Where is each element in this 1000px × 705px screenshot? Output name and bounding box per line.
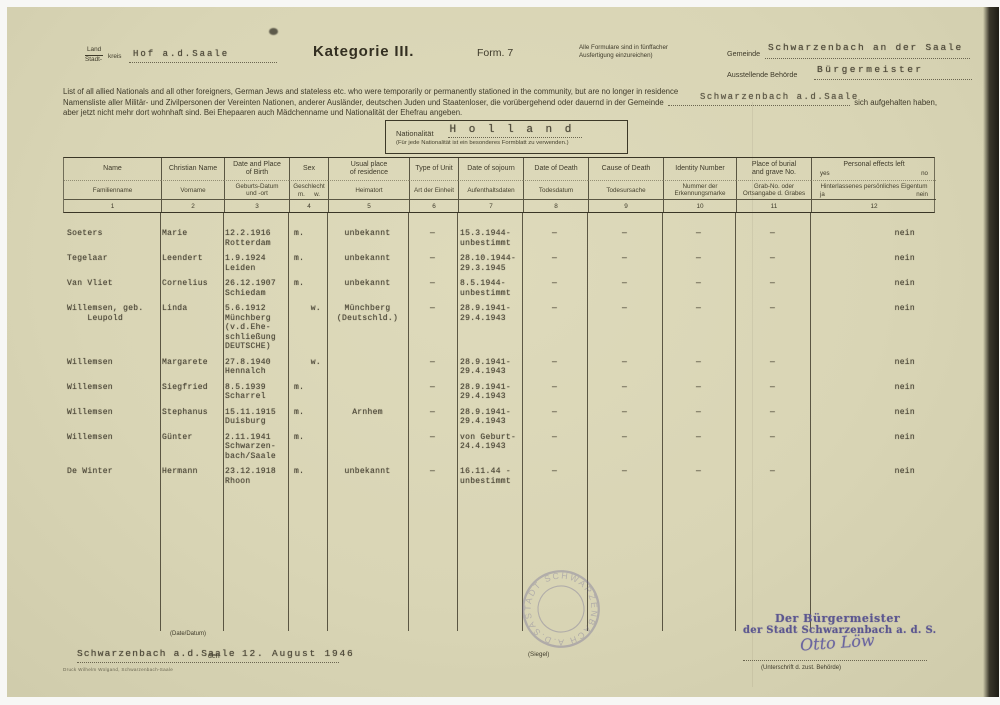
column-header-3-num: 3	[224, 199, 289, 212]
cell: —	[735, 358, 810, 377]
cell: —	[735, 383, 810, 402]
cell: m.	[288, 254, 327, 273]
cell: —	[587, 358, 662, 377]
nationality-value: H o l l a n d	[448, 124, 583, 138]
cell: —	[587, 229, 662, 248]
table-row: De WinterHermann23.12.1918 Rhoonm.unbeka…	[63, 467, 935, 486]
gemeinde-typed-inline: Schwarzenbach a.d.Saale	[700, 92, 859, 102]
cell: m.	[288, 408, 327, 427]
cell: —	[735, 279, 810, 298]
cell: 16.11.44 - unbestimmt	[457, 467, 522, 486]
cell: —	[522, 467, 587, 486]
column-header-8-num: 8	[523, 199, 588, 212]
column-header-5-en: Usual place of residence	[328, 158, 409, 181]
land-stadt-label: Land Stadt-	[85, 46, 103, 63]
column-header-10-de: Nummer der Erkennungsmarke	[663, 181, 736, 199]
den-label: den	[208, 653, 220, 660]
cell: nein	[810, 304, 935, 352]
cell: Linda	[160, 304, 223, 352]
column-header-6-num: 6	[409, 199, 458, 212]
intro-line2-suffix: sich aufgehalten haben,	[854, 98, 937, 108]
cell: —	[587, 383, 662, 402]
cell: 23.12.1918 Rhoon	[223, 467, 288, 486]
table-row: WillemsenStephanus15.11.1915 Duisburgm.A…	[63, 408, 935, 427]
cell: unbekannt	[327, 254, 408, 273]
cell: —	[408, 254, 457, 273]
cell: —	[522, 254, 587, 273]
cell	[327, 433, 408, 462]
cell: —	[735, 304, 810, 352]
cell: nein	[810, 467, 935, 486]
cell: 28.9.1941- 29.4.1943	[457, 304, 522, 352]
table-row: Van VlietCornelius26.12.1907 Schiedamm.u…	[63, 279, 935, 298]
column-header-8-de: Todesdatum	[523, 181, 588, 199]
cell: 28.9.1941- 29.4.1943	[457, 408, 522, 427]
column-header-10-en: Identity Number	[663, 158, 736, 181]
cell	[327, 358, 408, 377]
cell: Margarete	[160, 358, 223, 377]
column-separator	[662, 213, 663, 631]
gemeinde-fill-line	[765, 58, 970, 59]
cell: —	[662, 433, 735, 462]
cell: —	[735, 408, 810, 427]
cell: —	[408, 229, 457, 248]
nationality-label: Nationalität	[396, 129, 434, 138]
column-header-6-en: Type of Unit	[409, 158, 458, 181]
date-datum-label: (Date/Datum)	[170, 631, 206, 637]
hole-punch-mark	[269, 28, 278, 35]
cell: —	[662, 304, 735, 352]
foreigners-roster-table: NameChristian NameDate and Place of Birt…	[63, 157, 935, 631]
column-header-11-de: Grab-No. oder Ortsangabe d. Grabes	[736, 181, 811, 199]
cell: w.	[288, 304, 327, 352]
column-header-6-de: Art der Einheit	[409, 181, 458, 199]
cell: —	[662, 254, 735, 273]
column-separator	[223, 213, 224, 631]
column-header-12-en: Personal effects leftyesno	[811, 158, 936, 181]
cell: Willemsen	[63, 383, 160, 402]
cell: m.	[288, 279, 327, 298]
cell: Siegfried	[160, 383, 223, 402]
cell: —	[522, 229, 587, 248]
column-header-2-de: Vorname	[161, 181, 224, 199]
nationality-box: Nationalität H o l l a n d (Für jede Nat…	[385, 120, 628, 154]
table-row: TegelaarLeendert1.9.1924 Leidenm.unbekan…	[63, 254, 935, 273]
column-separator	[457, 213, 458, 631]
cell: —	[735, 229, 810, 248]
column-header-2-en: Christian Name	[161, 158, 224, 181]
column-header-5-num: 5	[328, 199, 409, 212]
cell: m.	[288, 467, 327, 486]
cell: 1.9.1924 Leiden	[223, 254, 288, 273]
column-header-3-en: Date and Place of Birth	[224, 158, 289, 181]
cell: Soeters	[63, 229, 160, 248]
table-body: SoetersMarie12.2.1916 Rotterdamm.unbekan…	[63, 213, 935, 631]
cell: Tegelaar	[63, 254, 160, 273]
cell: —	[522, 304, 587, 352]
column-header-7-en: Date of sojourn	[458, 158, 523, 181]
behoerde-value: Bürgermeister	[817, 64, 924, 75]
form-category-title: Kategorie III.	[313, 43, 414, 60]
cell: —	[587, 254, 662, 273]
cell: Stephanus	[160, 408, 223, 427]
cell: —	[408, 304, 457, 352]
column-header-7-de: Aufenthaltsdaten	[458, 181, 523, 199]
cell: —	[735, 467, 810, 486]
column-header-4-de: Geschlechtm.w.	[289, 181, 328, 199]
behoerde-fill-line	[814, 79, 972, 80]
kreis-value: Hof a.d.Saale	[133, 49, 229, 59]
printer-imprint: Druck Wilhelm Wolgand, Schwarzenbach-Saa…	[63, 667, 173, 672]
kreis-label: kreis	[108, 53, 122, 60]
cell: nein	[810, 358, 935, 377]
table-row: WillemsenMargarete27.8.1940 Hennalchw.—2…	[63, 358, 935, 377]
signature-label: (Unterschrift d. zust. Behörde)	[761, 665, 841, 671]
cell: von Geburt- 24.4.1943	[457, 433, 522, 462]
stadt-label: Stadt-	[85, 56, 103, 64]
column-header-4-num: 4	[289, 199, 328, 212]
cell: Willemsen	[63, 408, 160, 427]
cell: —	[662, 358, 735, 377]
intro-line2-text: Namensliste aller Militär- und Zivilpers…	[63, 98, 664, 108]
cell: Günter	[160, 433, 223, 462]
cell: —	[408, 433, 457, 462]
cell: m.	[288, 433, 327, 462]
column-header-9-num: 9	[588, 199, 663, 212]
column-separator	[408, 213, 409, 631]
table-row: WillemsenGünter2.11.1941 Schwarzen- bach…	[63, 433, 935, 462]
cell: De Winter	[63, 467, 160, 486]
column-header-12-de: Hinterlassenes persönliches Eigentumjane…	[811, 181, 936, 199]
cell: 28.9.1941- 29.4.1943	[457, 383, 522, 402]
cell: m.	[288, 229, 327, 248]
intro-line3: aber jetzt nicht mehr dort wohnhaft sind…	[63, 108, 937, 118]
column-header-11-en: Place of burial and grave No.	[736, 158, 811, 181]
cell: unbekannt	[327, 229, 408, 248]
cell: —	[522, 358, 587, 377]
column-header-11-num: 11	[736, 199, 811, 212]
cell: —	[662, 408, 735, 427]
cell: —	[587, 433, 662, 462]
cell: Münchberg (Deutschld.)	[327, 304, 408, 352]
scanned-document-page: Land Stadt- kreis Hof a.d.Saale Kategori…	[7, 7, 999, 697]
cell: 8.5.1939 Scharrel	[223, 383, 288, 402]
cell: 28.10.1944- 29.3.1945	[457, 254, 522, 273]
table-row: Willemsen, geb. LeupoldLinda5.6.1912 Mün…	[63, 304, 935, 352]
cell: —	[662, 383, 735, 402]
column-separator	[160, 213, 161, 631]
cell: nein	[810, 433, 935, 462]
cell: Cornelius	[160, 279, 223, 298]
cell: —	[408, 408, 457, 427]
cell	[327, 383, 408, 402]
cell: —	[662, 467, 735, 486]
footer-date-value: 12. August 1946	[242, 648, 355, 659]
cell: 8.5.1944- unbestimmt	[457, 279, 522, 298]
table-row: SoetersMarie12.2.1916 Rotterdamm.unbekan…	[63, 229, 935, 248]
behoerde-label: Ausstellende Behörde	[727, 70, 797, 79]
column-header-9-en: Cause of Death	[588, 158, 663, 181]
cell: —	[408, 279, 457, 298]
column-separator	[327, 213, 328, 631]
cell: m.	[288, 383, 327, 402]
cell: Arnhem	[327, 408, 408, 427]
signature-line	[743, 660, 927, 661]
cell: Hermann	[160, 467, 223, 486]
cell: unbekannt	[327, 279, 408, 298]
cell: unbekannt	[327, 467, 408, 486]
table-row: WillemsenSiegfried8.5.1939 Scharrelm.—28…	[63, 383, 935, 402]
column-header-2-num: 2	[161, 199, 224, 212]
cell: —	[735, 433, 810, 462]
column-header-5-de: Heimatort	[328, 181, 409, 199]
gemeinde-label: Gemeinde	[727, 49, 760, 58]
copies-note: Alle Formulare sind in fünffacher Ausfer…	[579, 44, 668, 60]
column-header-4-en: Sex	[289, 158, 328, 181]
cell: Marie	[160, 229, 223, 248]
column-header-1-num: 1	[64, 199, 161, 212]
column-separator	[810, 213, 811, 631]
cell: nein	[810, 254, 935, 273]
cell: —	[587, 279, 662, 298]
cell: Willemsen, geb. Leupold	[63, 304, 160, 352]
cell: —	[408, 358, 457, 377]
column-header-7-num: 7	[458, 199, 523, 212]
cell: —	[662, 229, 735, 248]
kreis-fill-line	[129, 62, 277, 63]
cell: —	[662, 279, 735, 298]
column-separator	[735, 213, 736, 631]
cell: 27.8.1940 Hennalch	[223, 358, 288, 377]
cell: nein	[810, 229, 935, 248]
cell: 5.6.1912 Münchberg (v.d.Ehe- schließung …	[223, 304, 288, 352]
cell: nein	[810, 408, 935, 427]
column-header-8-en: Date of Death	[523, 158, 588, 181]
cell: —	[522, 279, 587, 298]
cell: Van Vliet	[63, 279, 160, 298]
column-header-1-de: Familienname	[64, 181, 161, 199]
cell: —	[408, 467, 457, 486]
cell: —	[522, 383, 587, 402]
cell: —	[587, 408, 662, 427]
cell: Willemsen	[63, 358, 160, 377]
cell: Willemsen	[63, 433, 160, 462]
signature: Otto Löw	[799, 630, 875, 654]
cell: w.	[288, 358, 327, 377]
scan-edge-shadow	[983, 7, 999, 697]
column-header-9-de: Todesursache	[588, 181, 663, 199]
seal-label: (Siegel)	[528, 651, 549, 658]
gemeinde-value: Schwarzenbach an der Saale	[768, 42, 963, 53]
column-separator	[522, 213, 523, 631]
form-number: Form. 7	[477, 47, 513, 59]
cell: —	[522, 433, 587, 462]
cell: 15.3.1944- unbestimmt	[457, 229, 522, 248]
table-header: NameChristian NameDate and Place of Birt…	[63, 157, 935, 213]
cell: —	[735, 254, 810, 273]
footer-fill-line	[77, 662, 339, 663]
cell: 28.9.1941- 29.4.1943	[457, 358, 522, 377]
cell: —	[522, 408, 587, 427]
cell: nein	[810, 279, 935, 298]
cell: —	[408, 383, 457, 402]
cell: —	[587, 467, 662, 486]
cell: 26.12.1907 Schiedam	[223, 279, 288, 298]
cell: 2.11.1941 Schwarzen- bach/Saale	[223, 433, 288, 462]
cell: nein	[810, 383, 935, 402]
cell: 15.11.1915 Duisburg	[223, 408, 288, 427]
cell: Leendert	[160, 254, 223, 273]
column-header-10-num: 10	[663, 199, 736, 212]
cell: —	[587, 304, 662, 352]
column-header-12-num: 12	[811, 199, 936, 212]
cell: 12.2.1916 Rotterdam	[223, 229, 288, 248]
nationality-note: (Für jede Nationalität ist ein besondere…	[396, 140, 619, 146]
column-header-3-de: Geburts-Datum und -ort	[224, 181, 289, 199]
column-header-1-en: Name	[64, 158, 161, 181]
column-separator	[288, 213, 289, 631]
land-label: Land	[85, 46, 103, 56]
mayor-stamp-line1: Der Bürgermeister	[775, 612, 900, 625]
